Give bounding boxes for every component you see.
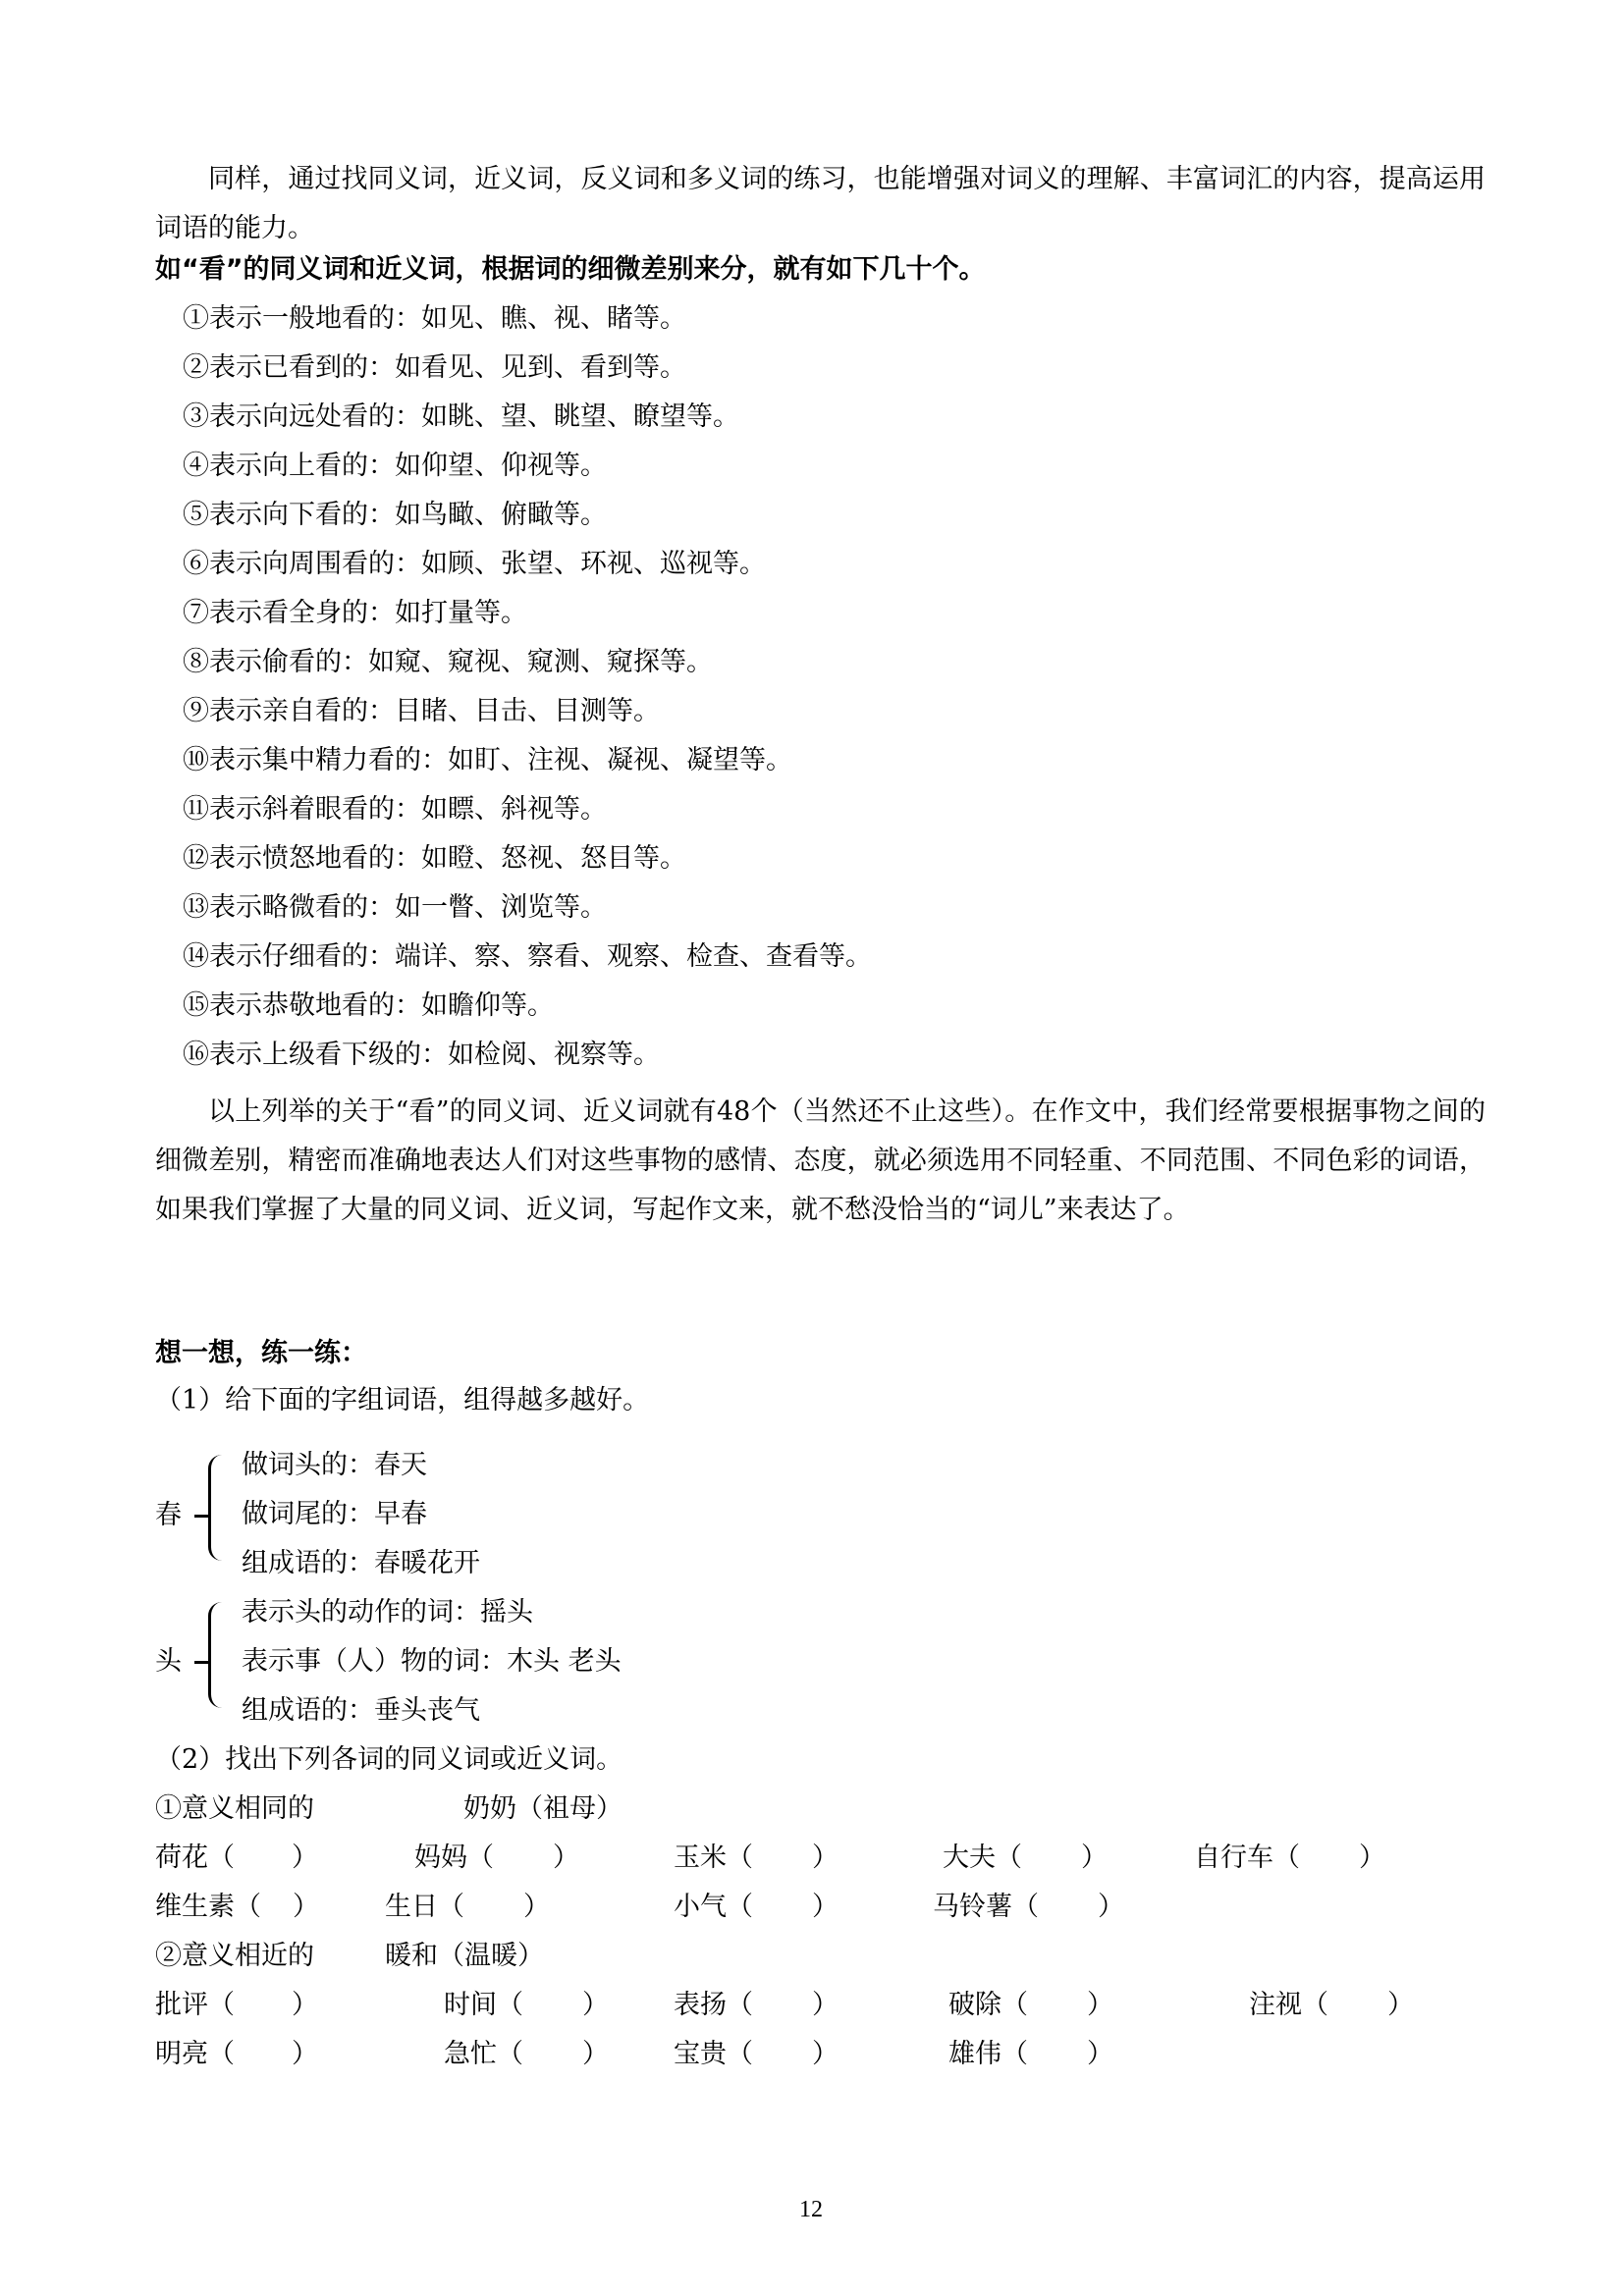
- list-item: ⑤表示向下看的：如鸟瞰、俯瞰等。: [183, 499, 607, 532]
- word: 注视: [1249, 1990, 1302, 2020]
- exercise-item: 自行车（）: [1194, 1842, 1385, 1875]
- paren-open: （: [208, 1990, 235, 2020]
- paren-open: （: [1001, 2039, 1028, 2069]
- list-item: ⑯表示上级看下级的：如检阅、视察等。: [183, 1039, 660, 1072]
- same-meaning-label: ①意义相同的: [155, 1792, 314, 1826]
- exercise-item: 表扬（）: [674, 1989, 839, 2022]
- item-text: 表示偷看的：如窥、窥视、窥测、窥探等。: [209, 647, 713, 677]
- paren-close: ）: [812, 1842, 839, 1873]
- group-row: 表示事（人）物的词：木头 老头: [242, 1645, 622, 1679]
- summary-paragraph: 以上列举的关于“看”的同义词、近义词就有48个（当然还不止这些）。在作文中，我们…: [155, 1088, 1486, 1235]
- word: 急忙: [444, 2039, 497, 2069]
- paren-open: （: [996, 1842, 1022, 1873]
- similar-meaning-example: 暖和（温暖）: [385, 1940, 544, 1973]
- exercise-item: 妈妈（）: [414, 1842, 579, 1875]
- item-number: ⑦: [183, 598, 209, 628]
- exercise-item: 雄伟（）: [948, 2038, 1113, 2071]
- item-number: ⑥: [183, 549, 209, 579]
- exercise-item: 大夫（）: [943, 1842, 1108, 1875]
- list-item: ③表示向远处看的：如眺、望、眺望、瞭望等。: [183, 400, 739, 434]
- list-item: ⑦表示看全身的：如打量等。: [183, 597, 527, 630]
- exercise-item: 荷花（）: [155, 1842, 318, 1875]
- question-2-prompt: （2）找出下列各词的同义词或近义词。: [155, 1743, 623, 1777]
- item-number: ⑩: [183, 745, 209, 775]
- paren-close: ）: [812, 2039, 839, 2069]
- list-item: ⑮表示恭敬地看的：如瞻仰等。: [183, 989, 554, 1023]
- group-row: 做词尾的：早春: [242, 1498, 427, 1531]
- word: 表扬: [674, 1990, 727, 2020]
- exercise-item: 明亮（）: [155, 2038, 318, 2071]
- group-row: 组成语的：春暖花开: [242, 1547, 480, 1580]
- group-row: 组成语的：垂头丧气: [242, 1694, 480, 1728]
- paren-open: （: [1012, 1892, 1039, 1922]
- word: 自行车: [1194, 1842, 1273, 1873]
- list-item: ⑬表示略微看的：如一瞥、浏览等。: [183, 891, 607, 925]
- practice-title: 想一想，练一练：: [155, 1337, 367, 1370]
- item-number: ⑫: [183, 843, 209, 874]
- paren-close: ）: [292, 1990, 318, 2020]
- word: 小气: [674, 1892, 727, 1922]
- brace-tip-icon: [194, 1661, 208, 1664]
- paren-close: ）: [293, 1892, 319, 1922]
- word: 生日: [385, 1892, 438, 1922]
- group-char: 春: [155, 1499, 182, 1532]
- list-item: ④表示向上看的：如仰望、仰视等。: [183, 450, 607, 483]
- item-number: ⑯: [183, 1040, 209, 1070]
- paren-close: ）: [1098, 1892, 1124, 1922]
- paren-open: （: [497, 2039, 523, 2069]
- paren-open: （: [1001, 1990, 1028, 2020]
- item-text: 表示向周围看的：如顾、张望、环视、巡视等。: [209, 549, 766, 579]
- list-item: ⑩表示集中精力看的：如盯、注视、凝视、凝望等。: [183, 744, 792, 777]
- similar-meaning-label: ②意义相近的: [155, 1940, 314, 1973]
- group-row: 做词头的：春天: [242, 1449, 427, 1482]
- exercise-item: 马铃薯（）: [933, 1891, 1124, 1924]
- list-item: ①表示一般地看的：如见、瞧、视、睹等。: [183, 302, 686, 336]
- brace-tip-icon: [194, 1515, 208, 1518]
- paren-close: ）: [1087, 2039, 1113, 2069]
- paren-open: （: [727, 2039, 753, 2069]
- item-number: ⑬: [183, 892, 209, 923]
- brace-icon: [208, 1602, 233, 1708]
- item-number: ⑨: [183, 696, 209, 726]
- item-text: 表示愤怒地看的：如瞪、怒视、怒目等。: [209, 843, 686, 874]
- word: 时间: [444, 1990, 497, 2020]
- item-number: ③: [183, 401, 209, 432]
- paren-open: （: [1273, 1842, 1300, 1873]
- word: 明亮: [155, 2039, 208, 2069]
- paren-open: （: [1302, 1990, 1328, 2020]
- exercise-item: 小气（）: [674, 1891, 839, 1924]
- paren-close: ）: [582, 1990, 609, 2020]
- word: 破除: [948, 1990, 1001, 2020]
- item-text: 表示亲自看的：目睹、目击、目测等。: [209, 696, 660, 726]
- list-item: ⑫表示愤怒地看的：如瞪、怒视、怒目等。: [183, 842, 686, 876]
- item-number: ⑮: [183, 990, 209, 1021]
- paren-open: （: [727, 1892, 753, 1922]
- paren-close: ）: [812, 1892, 839, 1922]
- exercise-item: 玉米（）: [674, 1842, 839, 1875]
- item-number: ⑤: [183, 500, 209, 530]
- item-text: 表示斜着眼看的：如瞟、斜视等。: [209, 794, 607, 825]
- paren-close: ）: [553, 1842, 579, 1873]
- item-text: 表示恭敬地看的：如瞻仰等。: [209, 990, 554, 1021]
- word: 维生素: [155, 1892, 235, 1922]
- item-number: ⑪: [183, 794, 209, 825]
- item-text: 表示仔细看的：端详、察、察看、观察、检查、查看等。: [209, 941, 872, 972]
- paren-close: ）: [1087, 1990, 1113, 2020]
- exercise-item: 维生素（）: [155, 1891, 319, 1924]
- page-number: 12: [799, 2197, 823, 2223]
- paren-open: （: [235, 1892, 261, 1922]
- paren-open: （: [208, 1842, 235, 1873]
- item-number: ⑧: [183, 647, 209, 677]
- paren-close: ）: [1359, 1842, 1385, 1873]
- paren-open: （: [467, 1842, 494, 1873]
- paren-close: ）: [1387, 1990, 1414, 2020]
- document-page: 同样，通过找同义词，近义词，反义词和多义词的练习，也能增强对词义的理解、丰富词汇…: [0, 0, 1624, 2296]
- paren-close: ）: [582, 2039, 609, 2069]
- paren-open: （: [438, 1892, 464, 1922]
- item-number: ⑭: [183, 941, 209, 972]
- question-1-prompt: （1）给下面的字组词语，组得越多越好。: [155, 1384, 649, 1417]
- item-text: 表示已看到的：如看见、见到、看到等。: [209, 352, 686, 383]
- word: 马铃薯: [933, 1892, 1012, 1922]
- list-item: ⑧表示偷看的：如窥、窥视、窥测、窥探等。: [183, 646, 713, 679]
- item-number: ①: [183, 303, 209, 334]
- paren-open: （: [497, 1990, 523, 2020]
- word: 大夫: [943, 1842, 996, 1873]
- item-text: 表示上级看下级的：如检阅、视察等。: [209, 1040, 660, 1070]
- word: 妈妈: [414, 1842, 467, 1873]
- item-number: ④: [183, 451, 209, 481]
- item-text: 表示集中精力看的：如盯、注视、凝视、凝望等。: [209, 745, 792, 775]
- word: 玉米: [674, 1842, 727, 1873]
- item-text: 表示一般地看的：如见、瞧、视、睹等。: [209, 303, 686, 334]
- item-text: 表示向远处看的：如眺、望、眺望、瞭望等。: [209, 401, 739, 432]
- item-text: 表示向下看的：如鸟瞰、俯瞰等。: [209, 500, 607, 530]
- paren-close: ）: [292, 2039, 318, 2069]
- word: 批评: [155, 1990, 208, 2020]
- word: 荷花: [155, 1842, 208, 1873]
- exercise-item: 生日（）: [385, 1891, 550, 1924]
- list-item: ②表示已看到的：如看见、见到、看到等。: [183, 351, 686, 385]
- group-row: 表示头的动作的词：摇头: [242, 1596, 533, 1629]
- list-item: ⑥表示向周围看的：如顾、张望、环视、巡视等。: [183, 548, 766, 581]
- exercise-item: 宝贵（）: [674, 2038, 839, 2071]
- same-meaning-example: 奶奶（祖母）: [463, 1792, 623, 1826]
- item-number: ②: [183, 352, 209, 383]
- list-item: ⑪表示斜着眼看的：如瞟、斜视等。: [183, 793, 607, 827]
- intro-paragraph: 同样，通过找同义词，近义词，反义词和多义词的练习，也能增强对词义的理解、丰富词汇…: [155, 155, 1486, 253]
- paren-close: ）: [1081, 1842, 1108, 1873]
- paren-open: （: [727, 1990, 753, 2020]
- exercise-item: 批评（）: [155, 1989, 318, 2022]
- word: 宝贵: [674, 2039, 727, 2069]
- section-heading: 如“看”的同义词和近义词，根据词的细微差别来分，就有如下几十个。: [155, 253, 986, 287]
- item-text: 表示略微看的：如一瞥、浏览等。: [209, 892, 607, 923]
- brace-icon: [208, 1455, 233, 1561]
- group-char: 头: [155, 1645, 182, 1679]
- list-item: ⑨表示亲自看的：目睹、目击、目测等。: [183, 695, 660, 728]
- item-text: 表示向上看的：如仰望、仰视等。: [209, 451, 607, 481]
- exercise-item: 注视（）: [1249, 1989, 1414, 2022]
- word: 雄伟: [948, 2039, 1001, 2069]
- list-item: ⑭表示仔细看的：端详、察、察看、观察、检查、查看等。: [183, 940, 872, 974]
- exercise-item: 急忙（）: [444, 2038, 609, 2071]
- paren-open: （: [727, 1842, 753, 1873]
- paren-close: ）: [812, 1990, 839, 2020]
- paren-close: ）: [292, 1842, 318, 1873]
- item-text: 表示看全身的：如打量等。: [209, 598, 527, 628]
- exercise-item: 破除（）: [948, 1989, 1113, 2022]
- paren-open: （: [208, 2039, 235, 2069]
- paren-close: ）: [523, 1892, 550, 1922]
- exercise-item: 时间（）: [444, 1989, 609, 2022]
